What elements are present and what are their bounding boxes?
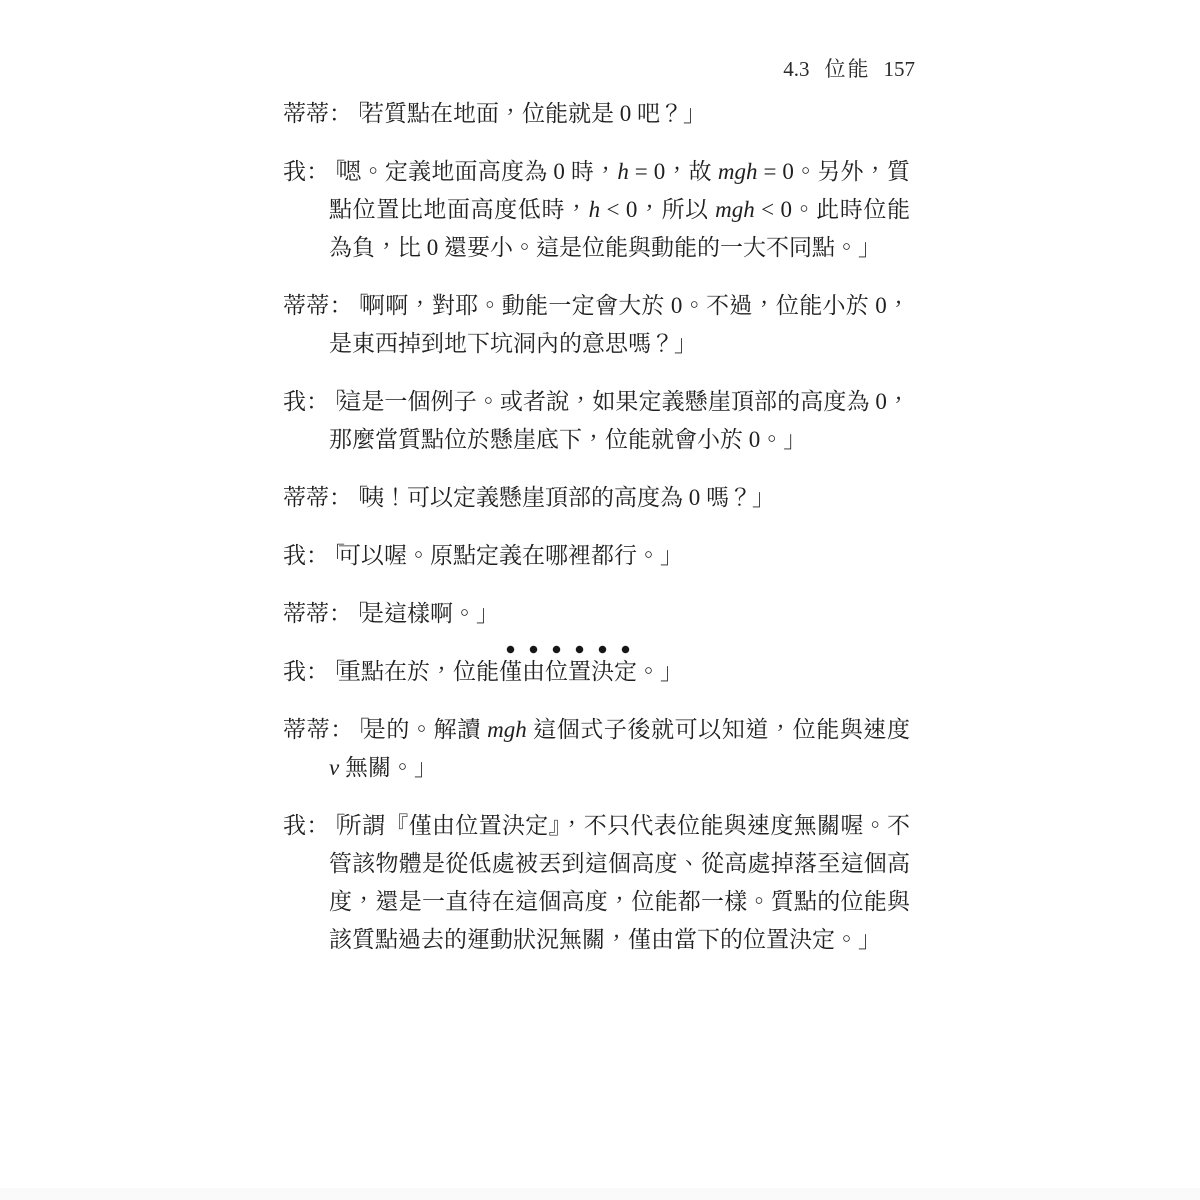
text-segment: 所謂『僅由位置決定』，不只代表位能與速度無關喔。不管該物體是從低處被丟到這個高度…	[329, 813, 910, 952]
quote-open-mark: 「	[345, 479, 361, 517]
speaker-name: 蒂蒂	[283, 485, 329, 510]
quote-open-mark: 「	[346, 287, 362, 325]
dialogue-text: 若質點在地面，位能就是 0 吧？」	[361, 101, 706, 126]
speaker-name: 我	[283, 813, 306, 838]
dialogue-text: 重點在於，位能僅由位置決定。」	[338, 644, 683, 684]
dialogue-text: 啊啊，對耶。動能一定會大於 0。不過，位能小於 0，是東西掉到地下坑洞內的意思嗎…	[329, 293, 910, 356]
text-segment: 是的。解讀	[362, 717, 487, 742]
speaker-name: 我	[283, 659, 306, 684]
dialogue-paragraph: 蒂蒂：「是的。解讀 mgh 這個式子後就可以知道，位能與速度 v 無關。」	[283, 711, 910, 787]
text-segment-math: v	[329, 755, 339, 780]
speaker-name: 蒂蒂	[283, 601, 329, 626]
speaker-colon: ：	[330, 711, 346, 749]
speaker-name: 蒂蒂	[283, 101, 329, 126]
page-number: 157	[884, 57, 916, 81]
quote-open-mark: 「	[322, 383, 338, 421]
text-segment: 這是一個例子。或者說，如果定義懸崖頂部的高度為 0，那麼當質點位於懸崖底下，位能…	[329, 389, 910, 452]
speaker-name: 我	[283, 543, 306, 568]
section-number: 4.3	[783, 57, 809, 81]
speaker-name: 我	[283, 389, 306, 414]
quote-open-mark: 「	[346, 711, 362, 749]
book-page: 4.3位能157 蒂蒂：「若質點在地面，位能就是 0 吧？」我：「嗯。定義地面高…	[0, 0, 1200, 1200]
text-segment-emphasized: 僅由位置決定	[499, 644, 637, 684]
speaker-colon: ：	[306, 383, 322, 421]
text-segment-math: h	[589, 197, 601, 222]
dialogue-text: 可以喔。原點定義在哪裡都行。」	[338, 543, 683, 568]
running-header: 4.3位能157	[783, 53, 915, 83]
quote-open-mark: 「	[322, 537, 338, 575]
dialogue-text: 咦！可以定義懸崖頂部的高度為 0 嗎？」	[361, 485, 775, 510]
dialogue-paragraph: 蒂蒂：「若質點在地面，位能就是 0 吧？」	[283, 95, 910, 133]
speaker-colon: ：	[330, 287, 346, 325]
text-segment: 若質點在地面，位能就是 0 吧？」	[361, 101, 706, 126]
speaker-name: 蒂蒂	[283, 293, 330, 318]
dialogue-paragraph: 我：「嗯。定義地面高度為 0 時，h = 0，故 mgh = 0。另外，質點位置…	[283, 153, 910, 267]
text-segment-math: mgh	[715, 197, 755, 222]
text-segment: 可以喔。原點定義在哪裡都行。」	[338, 543, 683, 568]
quote-open-mark: 「	[345, 95, 361, 133]
speaker-colon: ：	[329, 95, 345, 133]
quote-open-mark: 「	[322, 153, 338, 191]
quote-open-mark: 「	[345, 595, 361, 633]
speaker-colon: ：	[306, 537, 322, 575]
text-segment: 這個式子後就可以知道，位能與速度	[527, 717, 910, 742]
dialogue-body: 蒂蒂：「若質點在地面，位能就是 0 吧？」我：「嗯。定義地面高度為 0 時，h …	[283, 95, 910, 979]
text-segment: 是這樣啊。」	[361, 601, 499, 626]
dialogue-text: 嗯。定義地面高度為 0 時，h = 0，故 mgh = 0。另外，質點位置比地面…	[329, 159, 910, 260]
text-segment: 。」	[637, 659, 683, 684]
speaker-colon: ：	[329, 479, 345, 517]
dialogue-paragraph: 蒂蒂：「是這樣啊。」	[283, 595, 910, 633]
dialogue-paragraph: 蒂蒂：「啊啊，對耶。動能一定會大於 0。不過，位能小於 0，是東西掉到地下坑洞內…	[283, 287, 910, 363]
dialogue-text: 是的。解讀 mgh 這個式子後就可以知道，位能與速度 v 無關。」	[329, 717, 910, 780]
speaker-colon: ：	[329, 595, 345, 633]
speaker-colon: ：	[306, 807, 322, 845]
text-segment: 重點在於，位能	[338, 659, 499, 684]
page-bottom-edge	[0, 1188, 1200, 1200]
dialogue-paragraph: 蒂蒂：「咦！可以定義懸崖頂部的高度為 0 嗎？」	[283, 479, 910, 517]
dialogue-text: 是這樣啊。」	[361, 601, 499, 626]
quote-open-mark: 「	[322, 653, 338, 691]
speaker-name: 我	[283, 159, 306, 184]
text-segment-math: mgh	[718, 159, 758, 184]
quote-open-mark: 「	[322, 807, 338, 845]
dialogue-paragraph: 我：「所謂『僅由位置決定』，不只代表位能與速度無關喔。不管該物體是從低處被丟到這…	[283, 807, 910, 959]
speaker-name: 蒂蒂	[283, 717, 330, 742]
text-segment: < 0，所以	[600, 197, 715, 222]
text-segment-math: mgh	[487, 717, 527, 742]
text-segment: 啊啊，對耶。動能一定會大於 0。不過，位能小於 0，是東西掉到地下坑洞內的意思嗎…	[329, 293, 910, 356]
speaker-colon: ：	[306, 153, 322, 191]
dialogue-paragraph: 我：「這是一個例子。或者說，如果定義懸崖頂部的高度為 0，那麼當質點位於懸崖底下…	[283, 383, 910, 459]
text-segment-math: h	[617, 159, 629, 184]
text-segment: 無關。」	[339, 755, 437, 780]
text-segment: 咦！可以定義懸崖頂部的高度為 0 嗎？」	[361, 485, 775, 510]
dialogue-paragraph: 我：「重點在於，位能僅由位置決定。」	[283, 653, 910, 691]
text-segment: = 0，故	[629, 159, 718, 184]
section-title: 位能	[825, 57, 871, 81]
dialogue-text: 這是一個例子。或者說，如果定義懸崖頂部的高度為 0，那麼當質點位於懸崖底下，位能…	[329, 389, 910, 452]
dialogue-text: 所謂『僅由位置決定』，不只代表位能與速度無關喔。不管該物體是從低處被丟到這個高度…	[329, 813, 910, 952]
speaker-colon: ：	[306, 653, 322, 691]
dialogue-paragraph: 我：「可以喔。原點定義在哪裡都行。」	[283, 537, 910, 575]
text-segment: 嗯。定義地面高度為 0 時，	[338, 159, 617, 184]
